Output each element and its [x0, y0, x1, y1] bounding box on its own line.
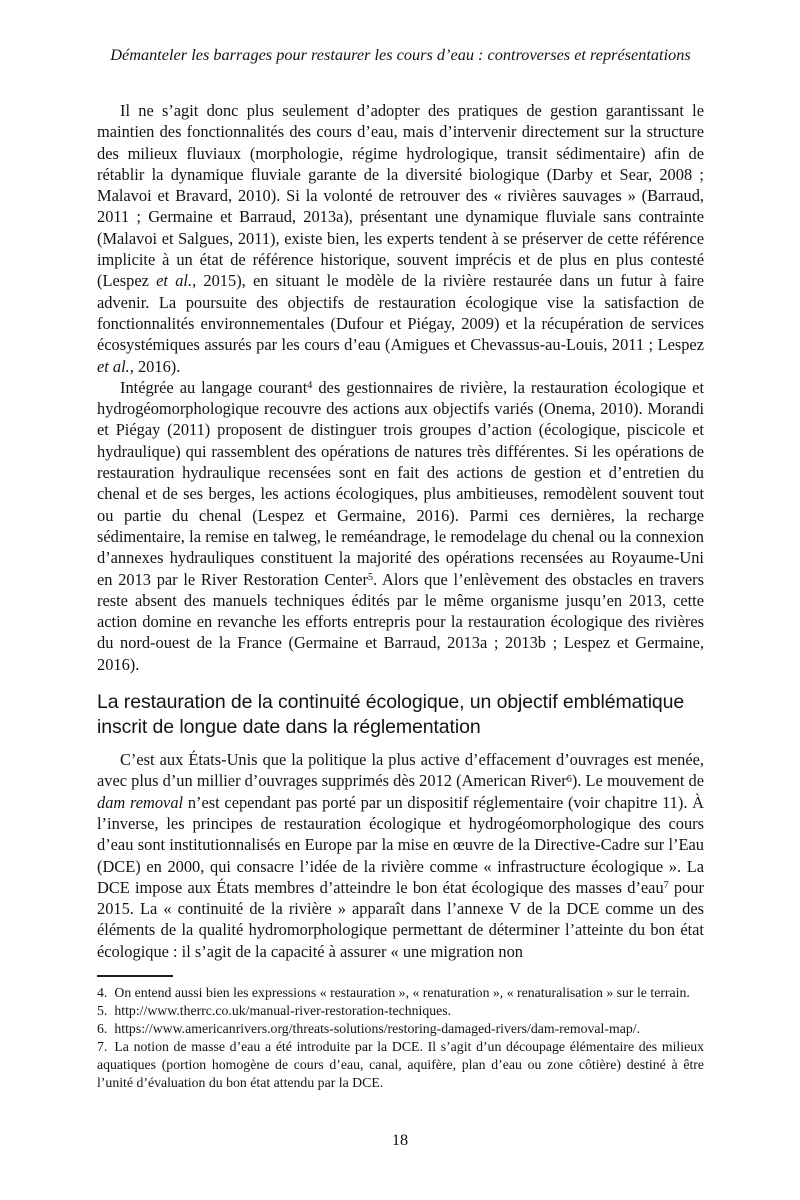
- footnote-reference: 7: [664, 880, 669, 891]
- running-header: Démanteler les barrages pour restaurer l…: [97, 45, 704, 65]
- footnote-number: 6.: [97, 1021, 107, 1036]
- text-run: n’est cependant pas porté par un disposi…: [97, 793, 704, 897]
- footnote-5: 5.http://www.therrc.co.uk/manual-river-r…: [97, 1002, 704, 1020]
- footnote-reference: 5: [368, 572, 373, 583]
- italic-text-run: et al.: [156, 271, 192, 290]
- footnote-url: https://www.americanrivers.org/threats-s…: [114, 1021, 640, 1036]
- italic-text-run: dam removal: [97, 793, 183, 812]
- footnote-6: 6.https://www.americanrivers.org/threats…: [97, 1020, 704, 1038]
- footnote-4: 4.On entend aussi bien les expressions «…: [97, 984, 704, 1002]
- footnote-reference: 4: [307, 380, 312, 391]
- footnote-text: On entend aussi bien les expressions « r…: [114, 985, 689, 1000]
- text-run: Il ne s’agit donc plus seulement d’adopt…: [97, 101, 704, 290]
- paragraph-1: Il ne s’agit donc plus seulement d’adopt…: [97, 100, 704, 377]
- footnote-text: La notion de masse d’eau a été introduit…: [97, 1039, 704, 1090]
- footnote-number: 5.: [97, 1003, 107, 1018]
- text-run: ). Le mouvement de: [572, 771, 704, 790]
- paragraph-2: Intégrée au langage courant4 des gestion…: [97, 377, 704, 675]
- footnote-url: http://www.therrc.co.uk/manual-river-res…: [114, 1003, 451, 1018]
- footnote-separator-rule: [97, 975, 173, 977]
- text-run: , 2016).: [130, 357, 181, 376]
- text-run: Intégrée au langage courant: [120, 378, 307, 397]
- document-page: Démanteler les barrages pour restaurer l…: [0, 0, 800, 1200]
- footnote-number: 7.: [97, 1039, 107, 1054]
- text-run: des gestionnaires de rivière, la restaur…: [97, 378, 704, 589]
- footnote-7: 7.La notion de masse d’eau a été introdu…: [97, 1038, 704, 1092]
- page-number: 18: [0, 1130, 800, 1150]
- body-text: Il ne s’agit donc plus seulement d’adopt…: [97, 100, 704, 962]
- paragraph-3: C’est aux États-Unis que la politique la…: [97, 749, 704, 962]
- section-heading: La restauration de la continuité écologi…: [97, 690, 704, 739]
- footnote-number: 4.: [97, 985, 107, 1000]
- italic-text-run: et al.: [97, 357, 130, 376]
- footnotes: 4.On entend aussi bien les expressions «…: [97, 984, 704, 1092]
- footnote-reference: 6: [567, 774, 572, 785]
